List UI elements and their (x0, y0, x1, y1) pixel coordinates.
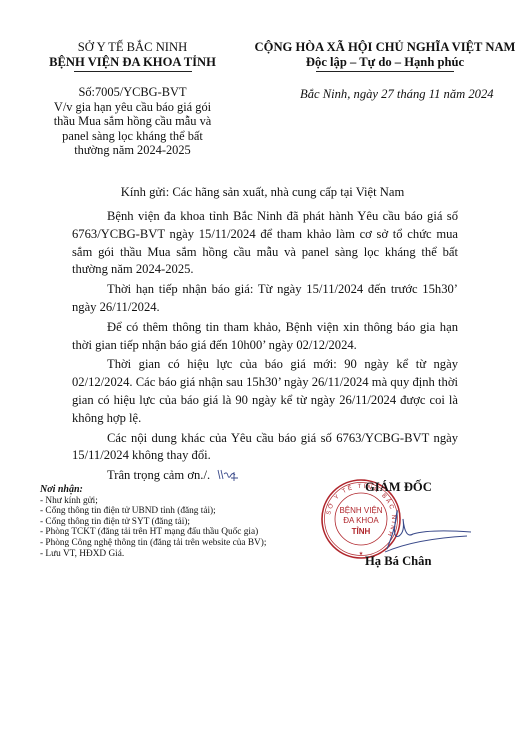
national-motto: Độc lập – Tự do – Hạnh phúc (245, 55, 525, 70)
national-title: CỘNG HÒA XÃ HỘI CHỦ NGHĨA VIỆT NAM (245, 40, 525, 55)
subject-line: thầu Mua sắm hồng cầu mẫu và (20, 114, 245, 129)
recipients-list: Nơi nhận: - Như kính gửi; - Cổng thông t… (40, 485, 266, 559)
recipient-item: - Phòng TCKT (đăng tải trên HT mạng đấu … (40, 527, 266, 538)
header-right: CỘNG HÒA XÃ HỘI CHỦ NGHĨA VIỆT NAM Độc l… (245, 40, 525, 72)
body-paragraph: Để có thêm thông tin tham khảo, Bệnh việ… (72, 319, 458, 355)
document-number: Số:7005/YCBG-BVT (20, 85, 245, 100)
subject-line: thường năm 2024-2025 (20, 143, 245, 158)
agency-name: SỞ Y TẾ BẮC NINH (20, 40, 245, 55)
svg-text:★: ★ (359, 551, 364, 557)
recipients-title: Nơi nhận: (40, 485, 266, 496)
recipient-item: - Cổng thông tin điện tử UBND tỉnh (đăng… (40, 506, 266, 517)
body-paragraph: Thời hạn tiếp nhận báo giá: Từ ngày 15/1… (72, 281, 458, 317)
header-left-underline (74, 71, 192, 72)
recipient-item: - Như kính gửi; (40, 496, 266, 507)
header-left: SỞ Y TẾ BẮC NINH BỆNH VIỆN ĐA KHOA TỈNH (20, 40, 245, 72)
body-paragraph: Thời gian có hiệu lực của báo giá mới: 9… (72, 356, 458, 427)
document-date: Bắc Ninh, ngày 27 tháng 11 năm 2024 (300, 87, 494, 102)
stamp-line: TỈNH (352, 527, 371, 536)
signatory-title: GIÁM ĐỐC (365, 480, 432, 495)
initials-icon (216, 468, 240, 482)
body-paragraph: Các nội dung khác của Yêu cầu báo giá số… (72, 430, 458, 466)
organization-name: BỆNH VIỆN ĐA KHOA TỈNH (20, 55, 245, 70)
header-right-underline (316, 71, 454, 72)
signature-icon (375, 494, 475, 554)
closing-text: Trân trọng cảm ơn./. (107, 468, 210, 482)
signatory-name: Hạ Bá Chân (365, 554, 432, 569)
subject-line: V/v gia hạn yêu cầu báo giá gói (20, 100, 245, 115)
recipient-item: - Phòng Công nghệ thông tin (đăng tải tr… (40, 538, 266, 549)
stamp-line: ĐA KHOA (343, 516, 379, 525)
document-body: Bệnh viện đa khoa tỉnh Bắc Ninh đã phát … (72, 208, 458, 487)
recipient-item: - Lưu VT, HĐXD Giá. (40, 549, 266, 560)
body-paragraph: Bệnh viện đa khoa tỉnh Bắc Ninh đã phát … (72, 208, 458, 279)
document-reference: Số:7005/YCBG-BVT V/v gia hạn yêu cầu báo… (20, 85, 245, 158)
greeting: Kính gửi: Các hãng sản xuất, nhà cung cấ… (0, 185, 525, 200)
recipient-item: - Cổng thông tin điện tử SYT (đăng tải); (40, 517, 266, 528)
subject-line: panel sàng lọc kháng thể bất (20, 129, 245, 144)
